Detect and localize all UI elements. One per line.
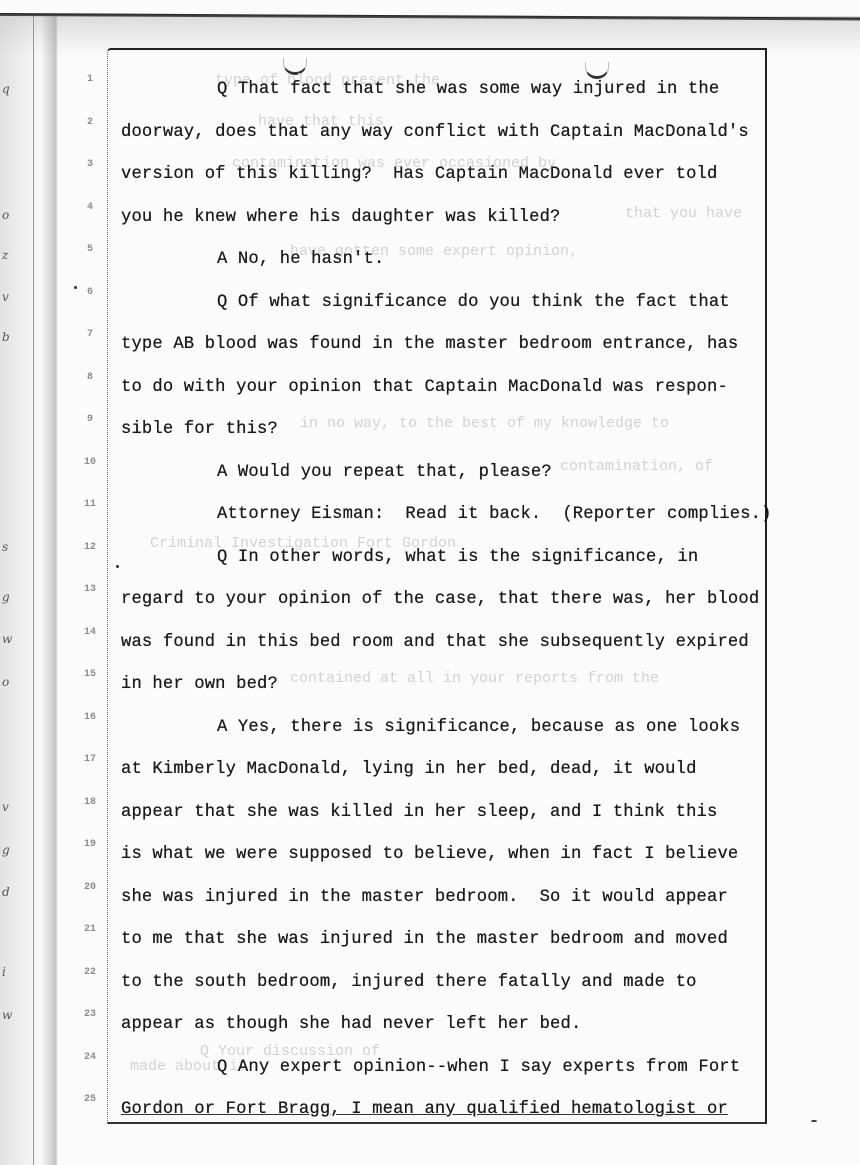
binder-edge-line — [33, 16, 34, 1165]
transcript-line: regard to your opinion of the case, that… — [121, 590, 759, 609]
punch-hole-right — [585, 62, 609, 79]
line-number: 13 — [78, 584, 102, 595]
line-number: 2 — [78, 117, 102, 128]
margin-mark: i — [2, 965, 6, 979]
margin-mark: g — [2, 843, 10, 857]
line-number: 20 — [78, 882, 102, 893]
line-number: 12 — [78, 542, 102, 553]
left-margin-marks: qozvbsgwovgdiw — [0, 0, 30, 1165]
margin-mark: d — [2, 885, 10, 899]
transcript-line: A Yes, there is significance, because as… — [217, 718, 740, 737]
line-number: 24 — [78, 1052, 102, 1063]
transcript-line: to the south bedroom, injured there fata… — [121, 973, 697, 992]
transcript-line: appear that she was killed in her sleep,… — [121, 803, 717, 822]
scan-speck — [116, 565, 119, 568]
line-number: 6 — [78, 287, 102, 298]
line-number: 1 — [78, 74, 102, 85]
transcript-line: Q Of what significance do you think the … — [217, 293, 730, 312]
line-number: 16 — [78, 712, 102, 723]
transcript-line: Q Any expert opinion--when I say experts… — [217, 1058, 740, 1077]
transcript-line: sible for this? — [121, 420, 278, 439]
margin-mark: v — [2, 290, 9, 304]
margin-mark: o — [2, 208, 9, 222]
bleed-through-line: that you have — [625, 205, 742, 222]
transcript-line: is what we were supposed to believe, whe… — [121, 845, 738, 864]
transcript-line: was found in this bed room and that she … — [121, 633, 749, 652]
transcript-line: A Would you repeat that, please? — [217, 463, 552, 482]
margin-mark: o — [2, 675, 9, 689]
transcript-line: she was injured in the master bedroom. S… — [121, 888, 728, 907]
transcript-line: you he knew where his daughter was kille… — [121, 208, 561, 227]
margin-mark: w — [2, 632, 12, 646]
line-number: 4 — [78, 202, 102, 213]
line-number: 23 — [78, 1009, 102, 1020]
transcript-line: appear as though she had never left her … — [121, 1015, 581, 1034]
transcript-line: to me that she was injured in the master… — [121, 930, 728, 949]
margin-mark: s — [2, 540, 8, 554]
transcript-line: to do with your opinion that Captain Mac… — [121, 378, 728, 397]
line-number: 18 — [78, 797, 102, 808]
line-number: 11 — [78, 499, 102, 510]
bleed-through-line: contamination, of — [560, 458, 713, 475]
line-number: 3 — [78, 159, 102, 170]
line-number: 25 — [78, 1094, 102, 1105]
line-number: 21 — [78, 924, 102, 935]
line-number: 9 — [78, 414, 102, 425]
margin-mark: z — [2, 248, 8, 262]
margin-mark: b — [2, 330, 10, 344]
transcript-line: A No, he hasn't. — [217, 250, 384, 269]
bleed-through-line: in no way, to the best of my knowledge t… — [300, 415, 669, 432]
transcript-line: Attorney Eisman: Read it back. (Reporter… — [217, 505, 772, 524]
line-number: 8 — [78, 372, 102, 383]
margin-mark: g — [2, 590, 10, 604]
transcript-line: doorway, does that any way conflict with… — [121, 123, 749, 142]
line-number: 5 — [78, 244, 102, 255]
bleed-through-line: contained at all in your reports from th… — [290, 670, 659, 687]
line-number: 10 — [78, 457, 102, 468]
scan-speck — [811, 1120, 817, 1122]
line-number: 17 — [78, 754, 102, 765]
scan-speck — [74, 286, 77, 289]
line-number-column: 1234567891011121314151617181920212223242… — [78, 0, 102, 1165]
line-number: 14 — [78, 627, 102, 638]
margin-mark: v — [2, 800, 9, 814]
line-number: 15 — [78, 669, 102, 680]
transcript-line: at Kimberly MacDonald, lying in her bed,… — [121, 760, 697, 779]
line-number: 22 — [78, 967, 102, 978]
transcript-line: version of this killing? Has Captain Mac… — [121, 165, 717, 184]
transcript-line: type AB blood was found in the master be… — [121, 335, 738, 354]
line-number: 19 — [78, 839, 102, 850]
transcript-line: Gordon or Fort Bragg, I mean any qualifi… — [121, 1100, 728, 1119]
transcript-line: Q That fact that she was some way injure… — [217, 80, 719, 99]
margin-mark: q — [2, 82, 10, 96]
transcript-line: Q In other words, what is the significan… — [217, 548, 698, 567]
line-number: 7 — [78, 329, 102, 340]
transcript-line: in her own bed? — [121, 675, 278, 694]
margin-mark: w — [2, 1008, 12, 1022]
